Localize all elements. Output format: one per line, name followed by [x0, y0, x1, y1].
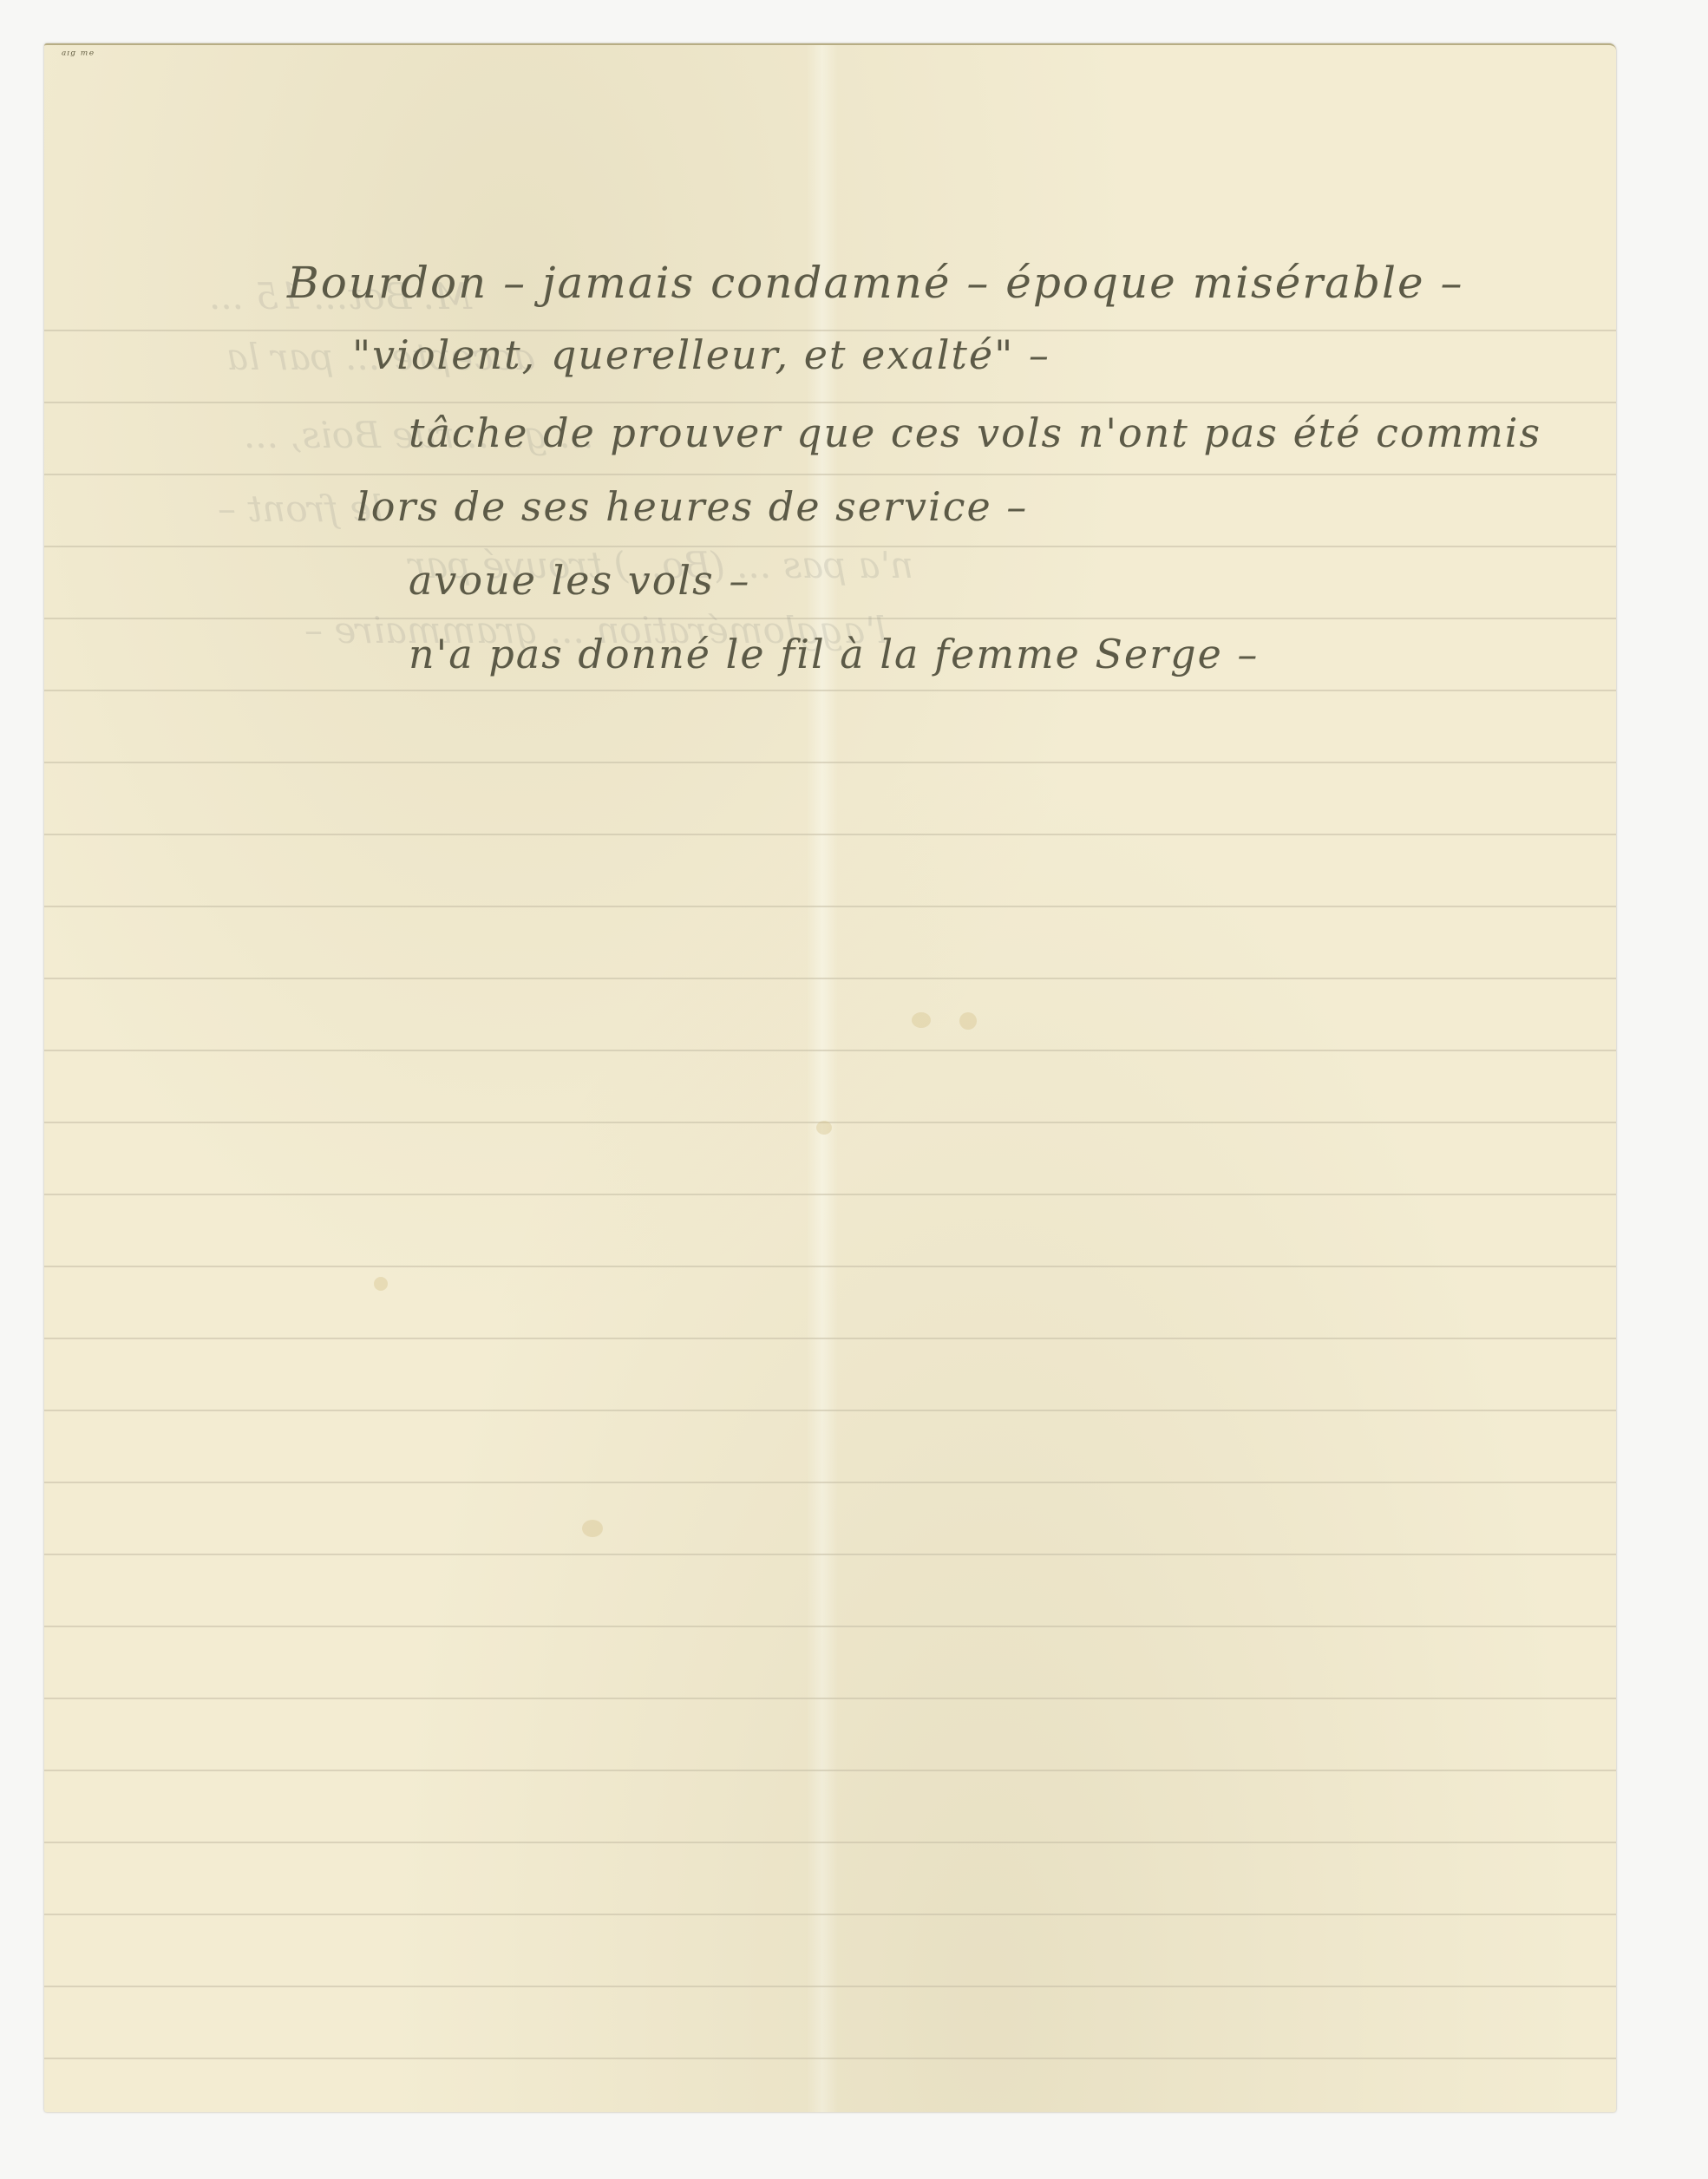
ruled-line	[44, 402, 1616, 403]
handwritten-line: n'a pas donné le fil à la femme Serge –	[409, 631, 1259, 677]
ruled-line	[44, 1194, 1616, 1195]
ruled-line	[44, 1914, 1616, 1915]
ruled-line	[44, 1698, 1616, 1699]
foxing-spot	[912, 1012, 931, 1028]
ruled-line	[44, 1770, 1616, 1771]
ruled-line	[44, 906, 1616, 907]
ruled-line	[44, 1482, 1616, 1483]
foxing-spot	[959, 1012, 977, 1030]
ruled-line	[44, 1626, 1616, 1627]
ruled-line	[44, 762, 1616, 763]
ruled-line	[44, 834, 1616, 835]
handwritten-line: avoue les vols –	[409, 557, 750, 604]
handwritten-line: lors de ses heures de service –	[357, 483, 1028, 530]
ruled-line	[44, 1986, 1616, 1987]
ruled-line	[44, 1554, 1616, 1555]
handwritten-line: tâche de prouver que ces vols n'ont pas …	[409, 409, 1541, 456]
ruled-line	[44, 1842, 1616, 1843]
ruled-line	[44, 1338, 1616, 1339]
ruled-line	[44, 1410, 1616, 1411]
ruled-line	[44, 690, 1616, 691]
foxing-spot	[816, 1121, 832, 1135]
corner-annotation: ᵃᶦᵍ ᵐᵉ	[62, 49, 95, 62]
handwritten-line: "violent, querelleur, et exalté" –	[352, 331, 1050, 378]
ruled-line	[44, 978, 1616, 979]
paper-sheet: ᵃᶦᵍ ᵐᵉ M. Bot... 15 ... accepte ... par …	[44, 43, 1616, 2112]
foxing-spot	[374, 1277, 388, 1291]
ruled-line	[44, 474, 1616, 475]
handwritten-line: Bourdon – jamais condamné – époque misér…	[287, 258, 1463, 308]
ruled-line	[44, 1266, 1616, 1267]
ruled-line	[44, 2058, 1616, 2059]
ruled-line	[44, 1050, 1616, 1051]
foxing-spot	[582, 1520, 603, 1537]
